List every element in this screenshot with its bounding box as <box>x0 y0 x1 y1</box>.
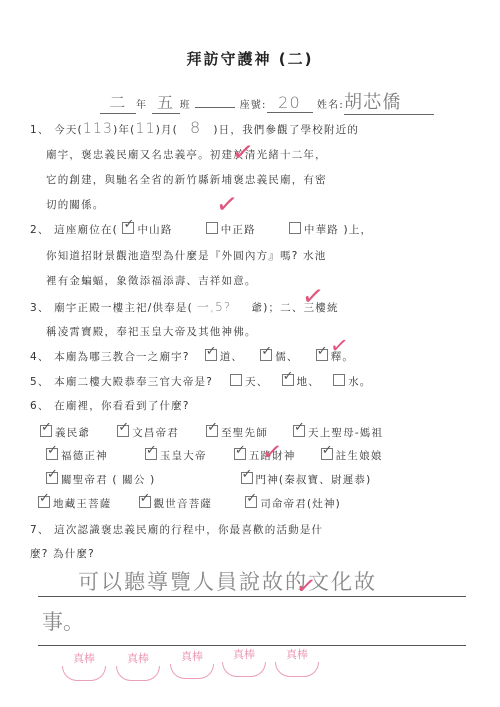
option-label: 道、 <box>220 351 243 363</box>
seat-label: 座號 <box>240 100 262 111</box>
question-number: 6、 <box>30 400 50 412</box>
stamp-crocodile-icon <box>275 662 319 677</box>
checkbox-zhongzheng-road[interactable] <box>206 222 218 234</box>
grade-value[interactable]: 二 <box>100 90 136 114</box>
q1-text-a: 今天( <box>54 124 83 136</box>
question-number: 4、 <box>30 351 50 363</box>
q1-month-answer[interactable]: 11 <box>135 121 155 137</box>
option-label: 福德正神 <box>61 450 108 462</box>
question-2-line-1: 2、 這座廟位在( 中山路 中正路 中華路 )上， <box>30 222 372 237</box>
question-7-line-2: 麼? 為什麼? <box>30 546 95 561</box>
q1-year-answer[interactable]: 113 <box>83 121 113 137</box>
teacher-check-mark-icon: ✓ <box>294 571 318 602</box>
praise-stamp: 真棒 <box>273 648 321 688</box>
question-number: 3、 <box>30 302 50 314</box>
worksheet-title: 拜訪守護神 (二) <box>0 48 500 69</box>
checkbox-yimin-ye[interactable] <box>40 425 52 437</box>
checkbox-heaven[interactable] <box>230 374 242 386</box>
checkbox-zhusheng-niangniang[interactable] <box>321 448 333 460</box>
q3-answer[interactable]: 一,5? <box>193 300 252 314</box>
q6-row-3: 關聖帝君 ( 關公 ) 門神(秦叔寶、尉遲恭) <box>46 472 371 487</box>
option-label: 地藏王菩薩 <box>53 498 112 510</box>
grade-label: 年 <box>136 100 147 111</box>
option-label: 至聖先師 <box>221 427 268 439</box>
q7-answer-line-1[interactable]: 可以聽導覽人員說故的文化故 <box>78 566 377 596</box>
stamp-text: 真棒 <box>114 652 162 666</box>
option-label: 中山路 <box>137 224 172 236</box>
checkbox-earth[interactable] <box>282 374 294 386</box>
option-label: 地、 <box>297 376 320 388</box>
question-number: 7、 <box>30 524 50 536</box>
checkbox-zhonghua-road[interactable] <box>289 222 301 234</box>
teacher-check-mark-icon: ✓ <box>230 137 256 170</box>
q2-text-a: 這座廟位在( <box>54 224 118 236</box>
stamp-crocodile-icon <box>170 664 214 679</box>
q3-text-a: 廟宇正殿一樓主祀/供奉是( <box>54 302 193 314</box>
question-2-line-2: 你知道招財景觀池造型為什麼是『外圓內方』嗎? 水池 <box>46 248 326 263</box>
q1-day-answer[interactable]: 8 <box>178 118 213 137</box>
praise-stamp: 真棒 <box>220 648 268 688</box>
name-value[interactable]: 胡芯僑 <box>344 88 434 115</box>
teacher-check-mark-icon: ✓ <box>328 333 350 360</box>
teacher-check-mark-icon: ✓ <box>300 281 326 314</box>
question-6: 6、 在廟裡，你看看到了什麼? <box>30 398 190 413</box>
seat-value[interactable]: 20 <box>267 93 313 113</box>
class-extra[interactable] <box>195 107 235 108</box>
class-label: 班 <box>180 100 191 111</box>
q7-text: 這次認識褒忠義民廟的行程中，你最喜歡的活動是什 <box>54 524 323 536</box>
stamp-crocodile-icon <box>116 666 160 681</box>
stamp-crocodile-icon <box>222 662 266 677</box>
praise-stamp: 真棒 <box>114 652 162 692</box>
checkbox-water[interactable] <box>333 374 345 386</box>
option-label: 司命帝君(灶神) <box>260 498 341 510</box>
option-label: 儒、 <box>275 351 298 363</box>
name-label: 姓名 <box>317 100 339 111</box>
q5-text: 本廟二樓大殿恭奉三官大帝是? <box>54 376 213 388</box>
checkbox-confucianism[interactable] <box>260 349 272 361</box>
q4-text: 本廟為哪三教合一之廟宇? <box>54 351 189 363</box>
question-1-line-3: 它的創建，與馳名全省的新竹縣新埔褒忠義民廟，有密 <box>46 172 327 187</box>
teacher-check-mark-icon: ✓ <box>260 437 284 468</box>
answer-rule-1 <box>38 596 466 597</box>
q6-row-1: 義民爺 文昌帝君 至聖先師 天上聖母-媽祖 <box>40 425 383 440</box>
checkbox-siming-dijun[interactable] <box>245 496 257 508</box>
q6-row-4: 地藏王菩薩 觀世音菩薩 司命帝君(灶神) <box>38 496 341 511</box>
checkbox-buddhism[interactable] <box>316 349 328 361</box>
checkbox-guanyin[interactable] <box>139 496 151 508</box>
option-label: 文昌帝君 <box>132 427 179 439</box>
answer-rule-2 <box>38 645 466 646</box>
checkbox-guansheng-dijun[interactable] <box>46 472 58 484</box>
option-label: 中華路 <box>304 224 339 236</box>
question-number: 1、 <box>30 124 50 136</box>
teacher-check-mark-icon: ✓ <box>214 189 240 222</box>
checkbox-fude-zhengshen[interactable] <box>46 448 58 460</box>
checkbox-zhongshan-road[interactable] <box>122 222 134 234</box>
checkbox-wulu-caishen[interactable] <box>234 448 246 460</box>
stamp-text: 真棒 <box>220 648 268 662</box>
stamp-text: 真棒 <box>273 648 321 662</box>
question-number: 5、 <box>30 376 50 388</box>
question-3-line-1: 3、 廟宇正殿一樓主祀/供奉是(一,5?爺)；二、三樓統 <box>30 298 339 315</box>
option-label: 註生娘娘 <box>336 450 383 462</box>
question-3-line-2: 稱凌霄寶殿，奉祀玉皇大帝及其他神佛。 <box>46 324 257 339</box>
option-label: 觀世音菩薩 <box>154 498 213 510</box>
question-1-line-4: 切的關係。 <box>46 197 105 212</box>
q2-text-b: )上， <box>344 224 373 236</box>
option-label: 義民爺 <box>55 427 90 439</box>
checkbox-door-gods[interactable] <box>241 472 253 484</box>
q7-answer-line-2[interactable]: 事。 <box>42 606 84 636</box>
option-label: 關聖帝君 ( 關公 ) <box>61 474 155 486</box>
question-1-line-1: 1、 今天(113)年(11)月(8)日，我們參觀了學校附近的 <box>30 118 359 137</box>
praise-stamp: 真棒 <box>168 650 216 690</box>
checkbox-dizang-wang[interactable] <box>38 496 50 508</box>
checkbox-mazu[interactable] <box>293 425 305 437</box>
q3-text-b: 爺)；二、三樓統 <box>252 302 339 314</box>
q1-text-d: )日，我們參觀了學校附近的 <box>213 124 359 136</box>
checkbox-taoism[interactable] <box>205 349 217 361</box>
question-7-line-1: 7、 這次認識褒忠義民廟的行程中，你最喜歡的活動是什 <box>30 522 323 537</box>
question-2-line-3: 裡有金蝙蝠，象徵添福添壽、吉祥如意。 <box>46 273 257 288</box>
option-label: 水。 <box>348 376 371 388</box>
question-1-line-2: 廟宇，褒忠義民廟又名忠義亭。初建於清光緒十二年， <box>46 147 327 162</box>
option-label: 天上聖母-媽祖 <box>308 427 383 439</box>
stamp-text: 真棒 <box>60 652 108 666</box>
stamp-text: 真棒 <box>168 650 216 664</box>
praise-stamp: 真棒 <box>60 652 108 692</box>
checkbox-zhisheng-xianshi[interactable] <box>206 425 218 437</box>
class-value[interactable]: 五 <box>152 90 180 114</box>
option-label: 天、 <box>245 376 268 388</box>
option-label: 玉皇大帝 <box>160 450 207 462</box>
stamp-crocodile-icon <box>62 666 106 681</box>
checkbox-wenchang-dijun[interactable] <box>117 425 129 437</box>
question-number: 2、 <box>30 224 50 236</box>
q1-text-b: )年( <box>113 124 135 136</box>
q6-row-2: 福德正神 玉皇大帝 五路財神 註生娘娘 <box>46 448 383 463</box>
question-4: 4、 本廟為哪三教合一之廟宇? 道、 儒、 釋。 <box>30 349 354 364</box>
option-label: 中正路 <box>221 224 256 236</box>
student-info: 二年 五班 座號:20 姓名:胡芯僑 <box>100 88 434 115</box>
q1-text-c: )月( <box>156 124 178 136</box>
option-label: 門神(秦叔寶、尉遲恭) <box>256 474 372 486</box>
question-5: 5、 本廟二樓大殿恭奉三官大帝是? 天、 地、 水。 <box>30 374 372 389</box>
checkbox-yuhuang-dadi[interactable] <box>145 448 157 460</box>
q6-text: 在廟裡，你看看到了什麼? <box>54 400 189 412</box>
